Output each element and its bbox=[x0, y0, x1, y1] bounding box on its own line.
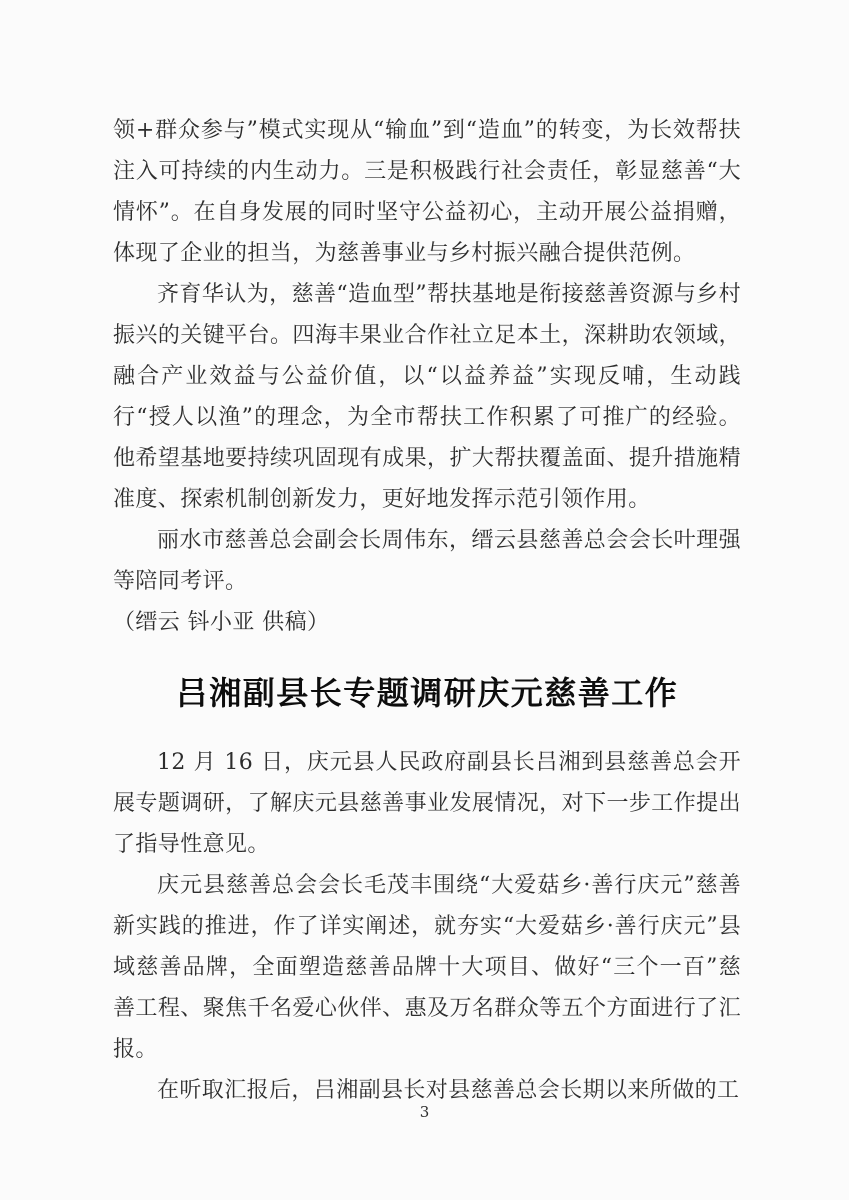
contributor-byline: （缙云 钭小亚 供稿） bbox=[113, 602, 741, 643]
document-page: 领+群众参与”模式实现从“输血”到“造血”的转变，为长效帮扶注入可持续的内生动力… bbox=[0, 0, 849, 1200]
page-number: 3 bbox=[0, 1102, 849, 1122]
body-paragraph: 庆元县慈善总会会长毛茂丰围绕“大爱菇乡·善行庆元”慈善新实践的推进，作了详实阐述… bbox=[113, 865, 741, 1070]
body-paragraph: 丽水市慈善总会副会长周伟东，缙云县慈善总会会长叶理强等陪同考评。 bbox=[113, 520, 741, 602]
article-title: 吕湘副县长专题调研庆元慈善工作 bbox=[113, 671, 741, 715]
body-paragraph: 齐育华认为，慈善“造血型”帮扶基地是衔接慈善资源与乡村振兴的关键平台。四海丰果业… bbox=[113, 274, 741, 520]
page-content: 领+群众参与”模式实现从“输血”到“造血”的转变，为长效帮扶注入可持续的内生动力… bbox=[113, 110, 741, 1111]
body-paragraph: 12 月 16 日，庆元县人民政府副县长吕湘到县慈善总会开展专题调研，了解庆元县… bbox=[113, 742, 741, 865]
body-paragraph: 领+群众参与”模式实现从“输血”到“造血”的转变，为长效帮扶注入可持续的内生动力… bbox=[113, 110, 741, 274]
